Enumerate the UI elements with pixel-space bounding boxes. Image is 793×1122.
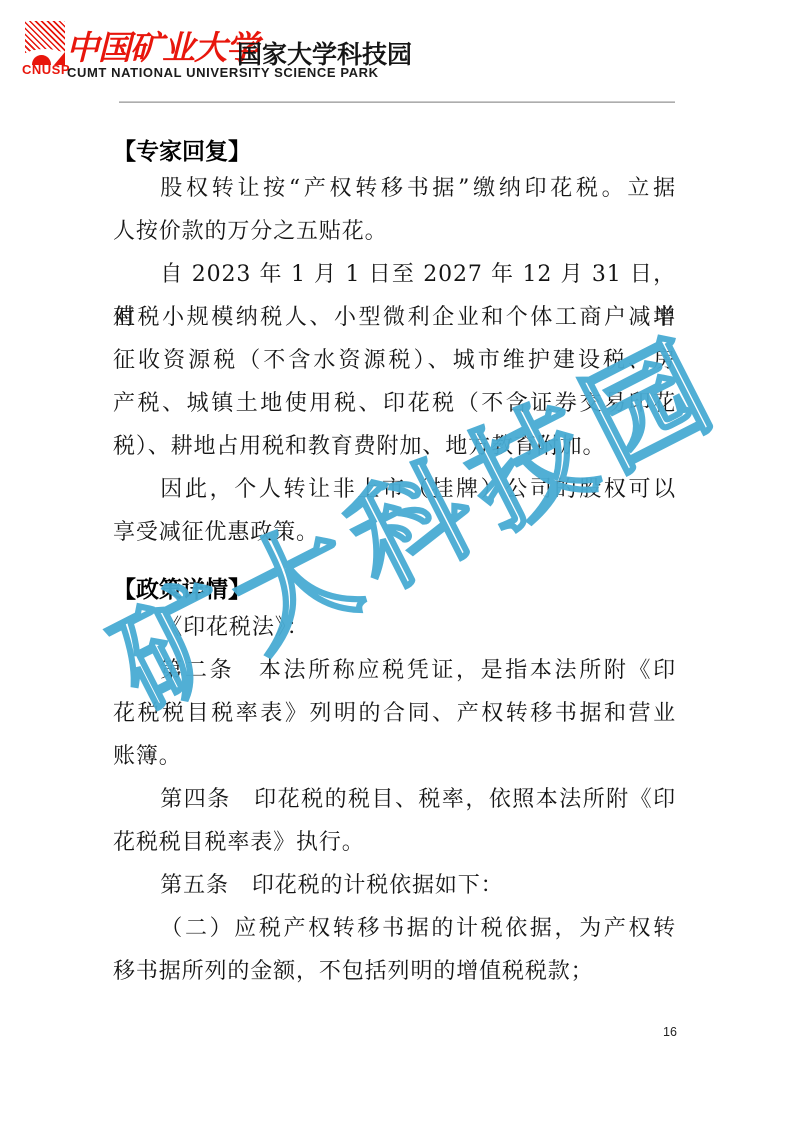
section-heading-expert-reply: 【专家回复】 [113, 133, 251, 166]
text-line: 产税、城镇土地使用税、印花税（不含证券交易印花 [113, 382, 676, 425]
text-line: 值税小规模纳税人、小型微利企业和个体工商户减半 [113, 296, 676, 339]
cnusp-logo-icon [25, 21, 65, 65]
section-expert-reply-text: 股权转让按“产权转移书据”缴纳印花税。立据人按价款的万分之五贴花。自 2023 … [113, 167, 676, 554]
section-heading-policy-details: 【政策详情】 [113, 571, 251, 604]
text-line: 花税税目税率表》执行。 [113, 821, 676, 864]
science-park-name-en: CUMT NATIONAL UNIVERSITY SCIENCE PARK [67, 65, 379, 80]
text-line: 账簿。 [113, 735, 676, 778]
text-line: 自 2023 年 1 月 1 日至 2027 年 12 月 31 日，对增 [113, 253, 676, 296]
document-page: CNUSP 中国矿业大学 国家大学科技园 CUMT NATIONAL UNIVE… [0, 0, 793, 1122]
text-line: 人按价款的万分之五贴花。 [113, 210, 676, 253]
text-line: 因此，个人转让非上市（挂牌）公司的股权可以 [113, 468, 676, 511]
section-policy-details-text: 《印花税法》：第二条 本法所称应税凭证，是指本法所附《印花税税目税率表》列明的合… [113, 606, 676, 993]
header-divider [119, 101, 675, 103]
text-line: 花税税目税率表》列明的合同、产权转移书据和营业 [113, 692, 676, 735]
text-line: 股权转让按“产权转移书据”缴纳印花税。立据 [113, 167, 676, 210]
text-line: 第四条 印花税的税目、税率，依照本法所附《印 [113, 778, 676, 821]
text-line: 享受减征优惠政策。 [113, 511, 676, 554]
university-name-cn: 中国矿业大学 [66, 22, 258, 69]
text-line: 第五条 印花税的计税依据如下： [113, 864, 676, 907]
text-line: 移书据所列的金额，不包括列明的增值税税款； [113, 950, 676, 993]
page-number: 16 [663, 1025, 677, 1039]
text-line: 第二条 本法所称应税凭证，是指本法所附《印 [113, 649, 676, 692]
text-line: （二）应税产权转移书据的计税依据，为产权转 [113, 907, 676, 950]
logo-acronym: CNUSP [22, 62, 68, 77]
text-line: 税）、耕地占用税和教育费附加、地方教育附加。 [113, 425, 676, 468]
text-line: 征收资源税（不含水资源税）、城市维护建设税、房 [113, 339, 676, 382]
text-line: 《印花税法》： [113, 606, 676, 649]
